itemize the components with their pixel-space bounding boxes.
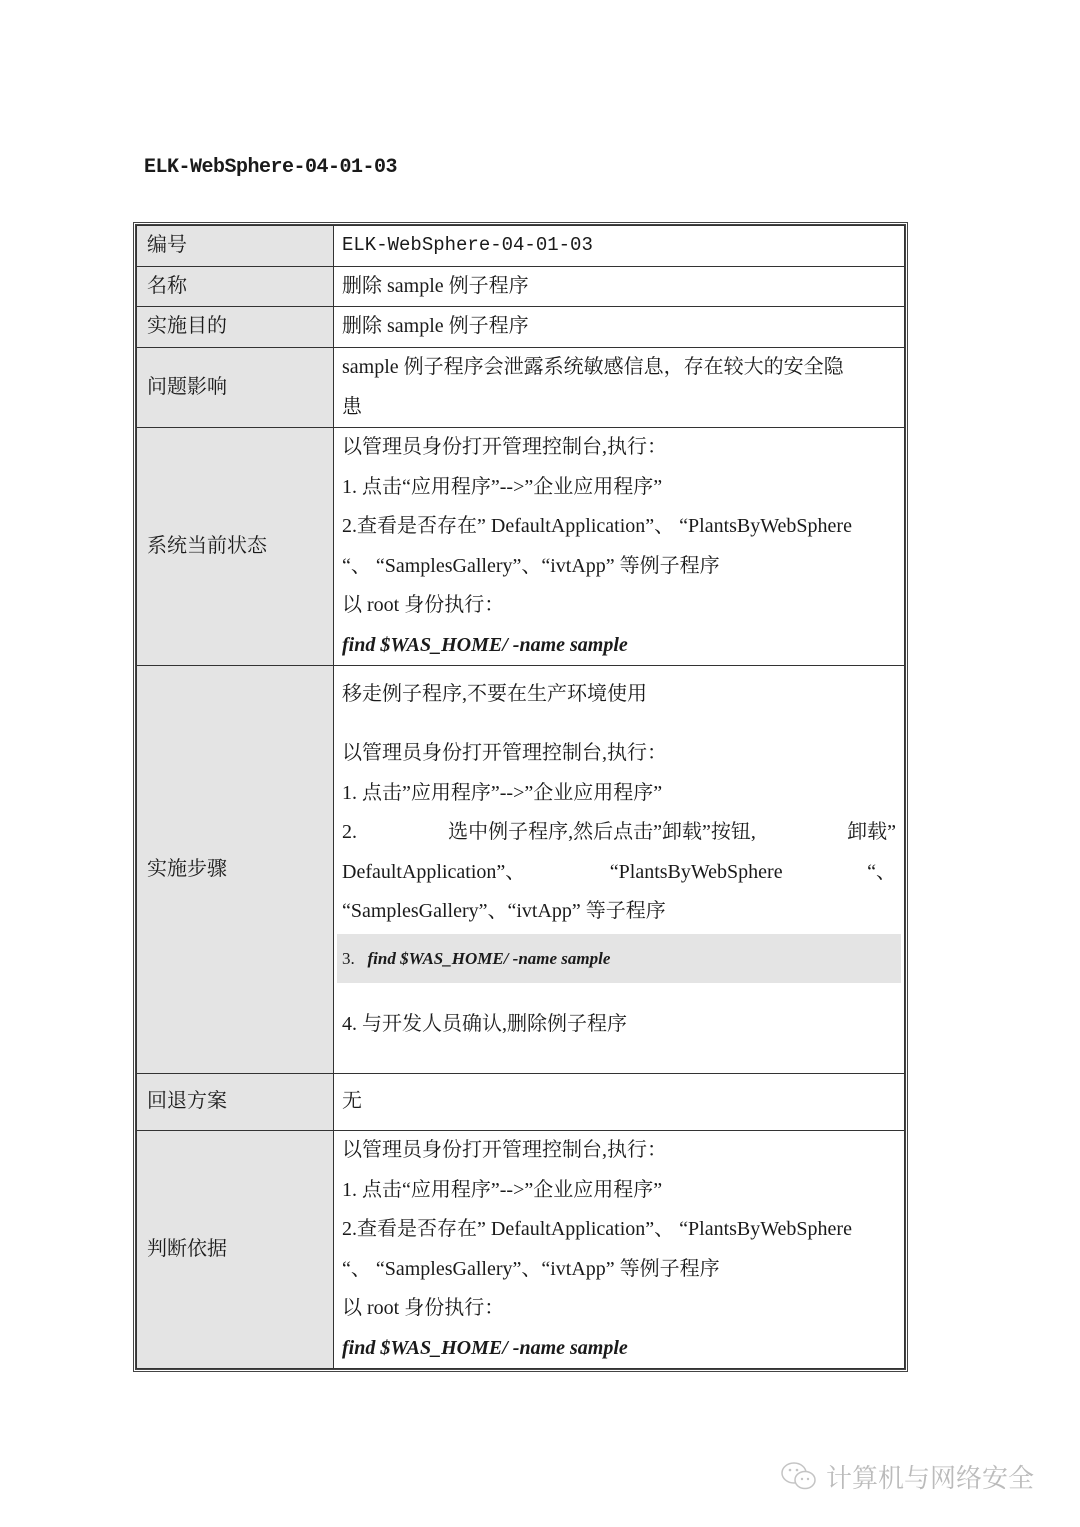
row-label: 回退方案: [137, 1074, 334, 1131]
wechat-icon: [780, 1460, 820, 1494]
row-label: 判断依据: [137, 1131, 334, 1369]
text-line: 以管理员身份打开管理控制台,执行：: [342, 428, 896, 468]
document-title: ELK-WebSphere-04-01-03: [144, 156, 397, 179]
row-label: 实施步骤: [137, 666, 334, 1074]
text-line: 患: [342, 388, 896, 428]
text-line: 以管理员身份打开管理控制台,执行：: [342, 734, 896, 774]
row-value: 无: [334, 1074, 905, 1131]
row-label: 实施目的: [137, 307, 334, 348]
text-line: “、 “SamplesGallery”、“ivtApp” 等例子程序: [342, 547, 896, 587]
text-line: 1. 点击”应用程序”-->”企业应用程序”: [342, 774, 896, 814]
text-line: “、 “SamplesGallery”、“ivtApp” 等例子程序: [342, 1250, 896, 1290]
text-line: 4. 与开发人员确认,删除例子程序: [342, 1005, 896, 1045]
command-line: find $WAS_HOME/ -name sample: [342, 626, 896, 666]
row-value: 以管理员身份打开管理控制台,执行： 1. 点击“应用程序”-->”企业应用程序”…: [334, 1131, 905, 1369]
row-value: sample 例子程序会泄露系统敏感信息，存在较大的安全隐 患: [334, 348, 905, 428]
text-line: 以管理员身份打开管理控制台,执行：: [342, 1131, 896, 1171]
row-label: 名称: [137, 266, 334, 307]
spec-table: 编号 ELK-WebSphere-04-01-03 名称 删除 sample 例…: [133, 222, 908, 1372]
row-value: 以管理员身份打开管理控制台,执行： 1. 点击“应用程序”-->”企业应用程序”…: [334, 428, 905, 666]
table-row: 编号 ELK-WebSphere-04-01-03: [137, 226, 905, 267]
text-line: 移走例子程序,不要在生产环境使用: [342, 675, 896, 715]
table-row: 判断依据 以管理员身份打开管理控制台,执行： 1. 点击“应用程序”-->”企业…: [137, 1131, 905, 1369]
row-label: 编号: [137, 226, 334, 267]
watermark-text: 计算机与网络安全: [826, 1458, 1034, 1495]
table-row: 回退方案 无: [137, 1074, 905, 1131]
table-row: 系统当前状态 以管理员身份打开管理控制台,执行： 1. 点击“应用程序”-->”…: [137, 428, 905, 666]
step-text: 选中例子程序,然后点击”卸载”按钮,: [448, 813, 756, 853]
text-line: 以 root 身份执行：: [342, 586, 896, 626]
table-row: 问题影响 sample 例子程序会泄露系统敏感信息，存在较大的安全隐 患: [137, 348, 905, 428]
step-number: 3.: [342, 949, 355, 968]
row-value: ELK-WebSphere-04-01-03: [334, 226, 905, 267]
text-line: 1. 点击“应用程序”-->”企业应用程序”: [342, 468, 896, 508]
text-line: 2.查看是否存在” DefaultApplication”、 “PlantsBy…: [342, 507, 896, 547]
app-name: DefaultApplication”、: [342, 853, 525, 893]
text-line: sample 例子程序会泄露系统敏感信息，存在较大的安全隐: [342, 348, 896, 388]
row-value: 删除 sample 例子程序: [334, 307, 905, 348]
text-line: 以 root 身份执行：: [342, 1289, 896, 1329]
command-block: 3. find $WAS_HOME/ -name sample: [337, 934, 901, 983]
text-line: DefaultApplication”、 “PlantsByWebSphere …: [342, 853, 896, 893]
command-line: find $WAS_HOME/ -name sample: [342, 1329, 896, 1369]
table-row: 实施目的 删除 sample 例子程序: [137, 307, 905, 348]
text-line: 1. 点击“应用程序”-->”企业应用程序”: [342, 1171, 896, 1211]
step-number: 2.: [342, 813, 357, 853]
row-label: 系统当前状态: [137, 428, 334, 666]
text-line: 2. 选中例子程序,然后点击”卸载”按钮, 卸载”: [342, 813, 896, 853]
table-row: 名称 删除 sample 例子程序: [137, 266, 905, 307]
table-row: 实施步骤 移走例子程序,不要在生产环境使用 以管理员身份打开管理控制台,执行： …: [137, 666, 905, 1074]
row-value: 删除 sample 例子程序: [334, 266, 905, 307]
app-name: “PlantsByWebSphere: [610, 853, 783, 893]
watermark: 计算机与网络安全: [780, 1458, 1034, 1495]
command-line: find $WAS_HOME/ -name sample: [368, 949, 611, 968]
step-text: 卸载”: [847, 813, 896, 853]
text-line: 2.查看是否存在” DefaultApplication”、 “PlantsBy…: [342, 1210, 896, 1250]
row-label: 问题影响: [137, 348, 334, 428]
text-line: “SamplesGallery”、“ivtApp” 等子程序: [342, 892, 896, 932]
punct: “、: [867, 853, 896, 893]
row-value: 移走例子程序,不要在生产环境使用 以管理员身份打开管理控制台,执行： 1. 点击…: [334, 666, 905, 1074]
